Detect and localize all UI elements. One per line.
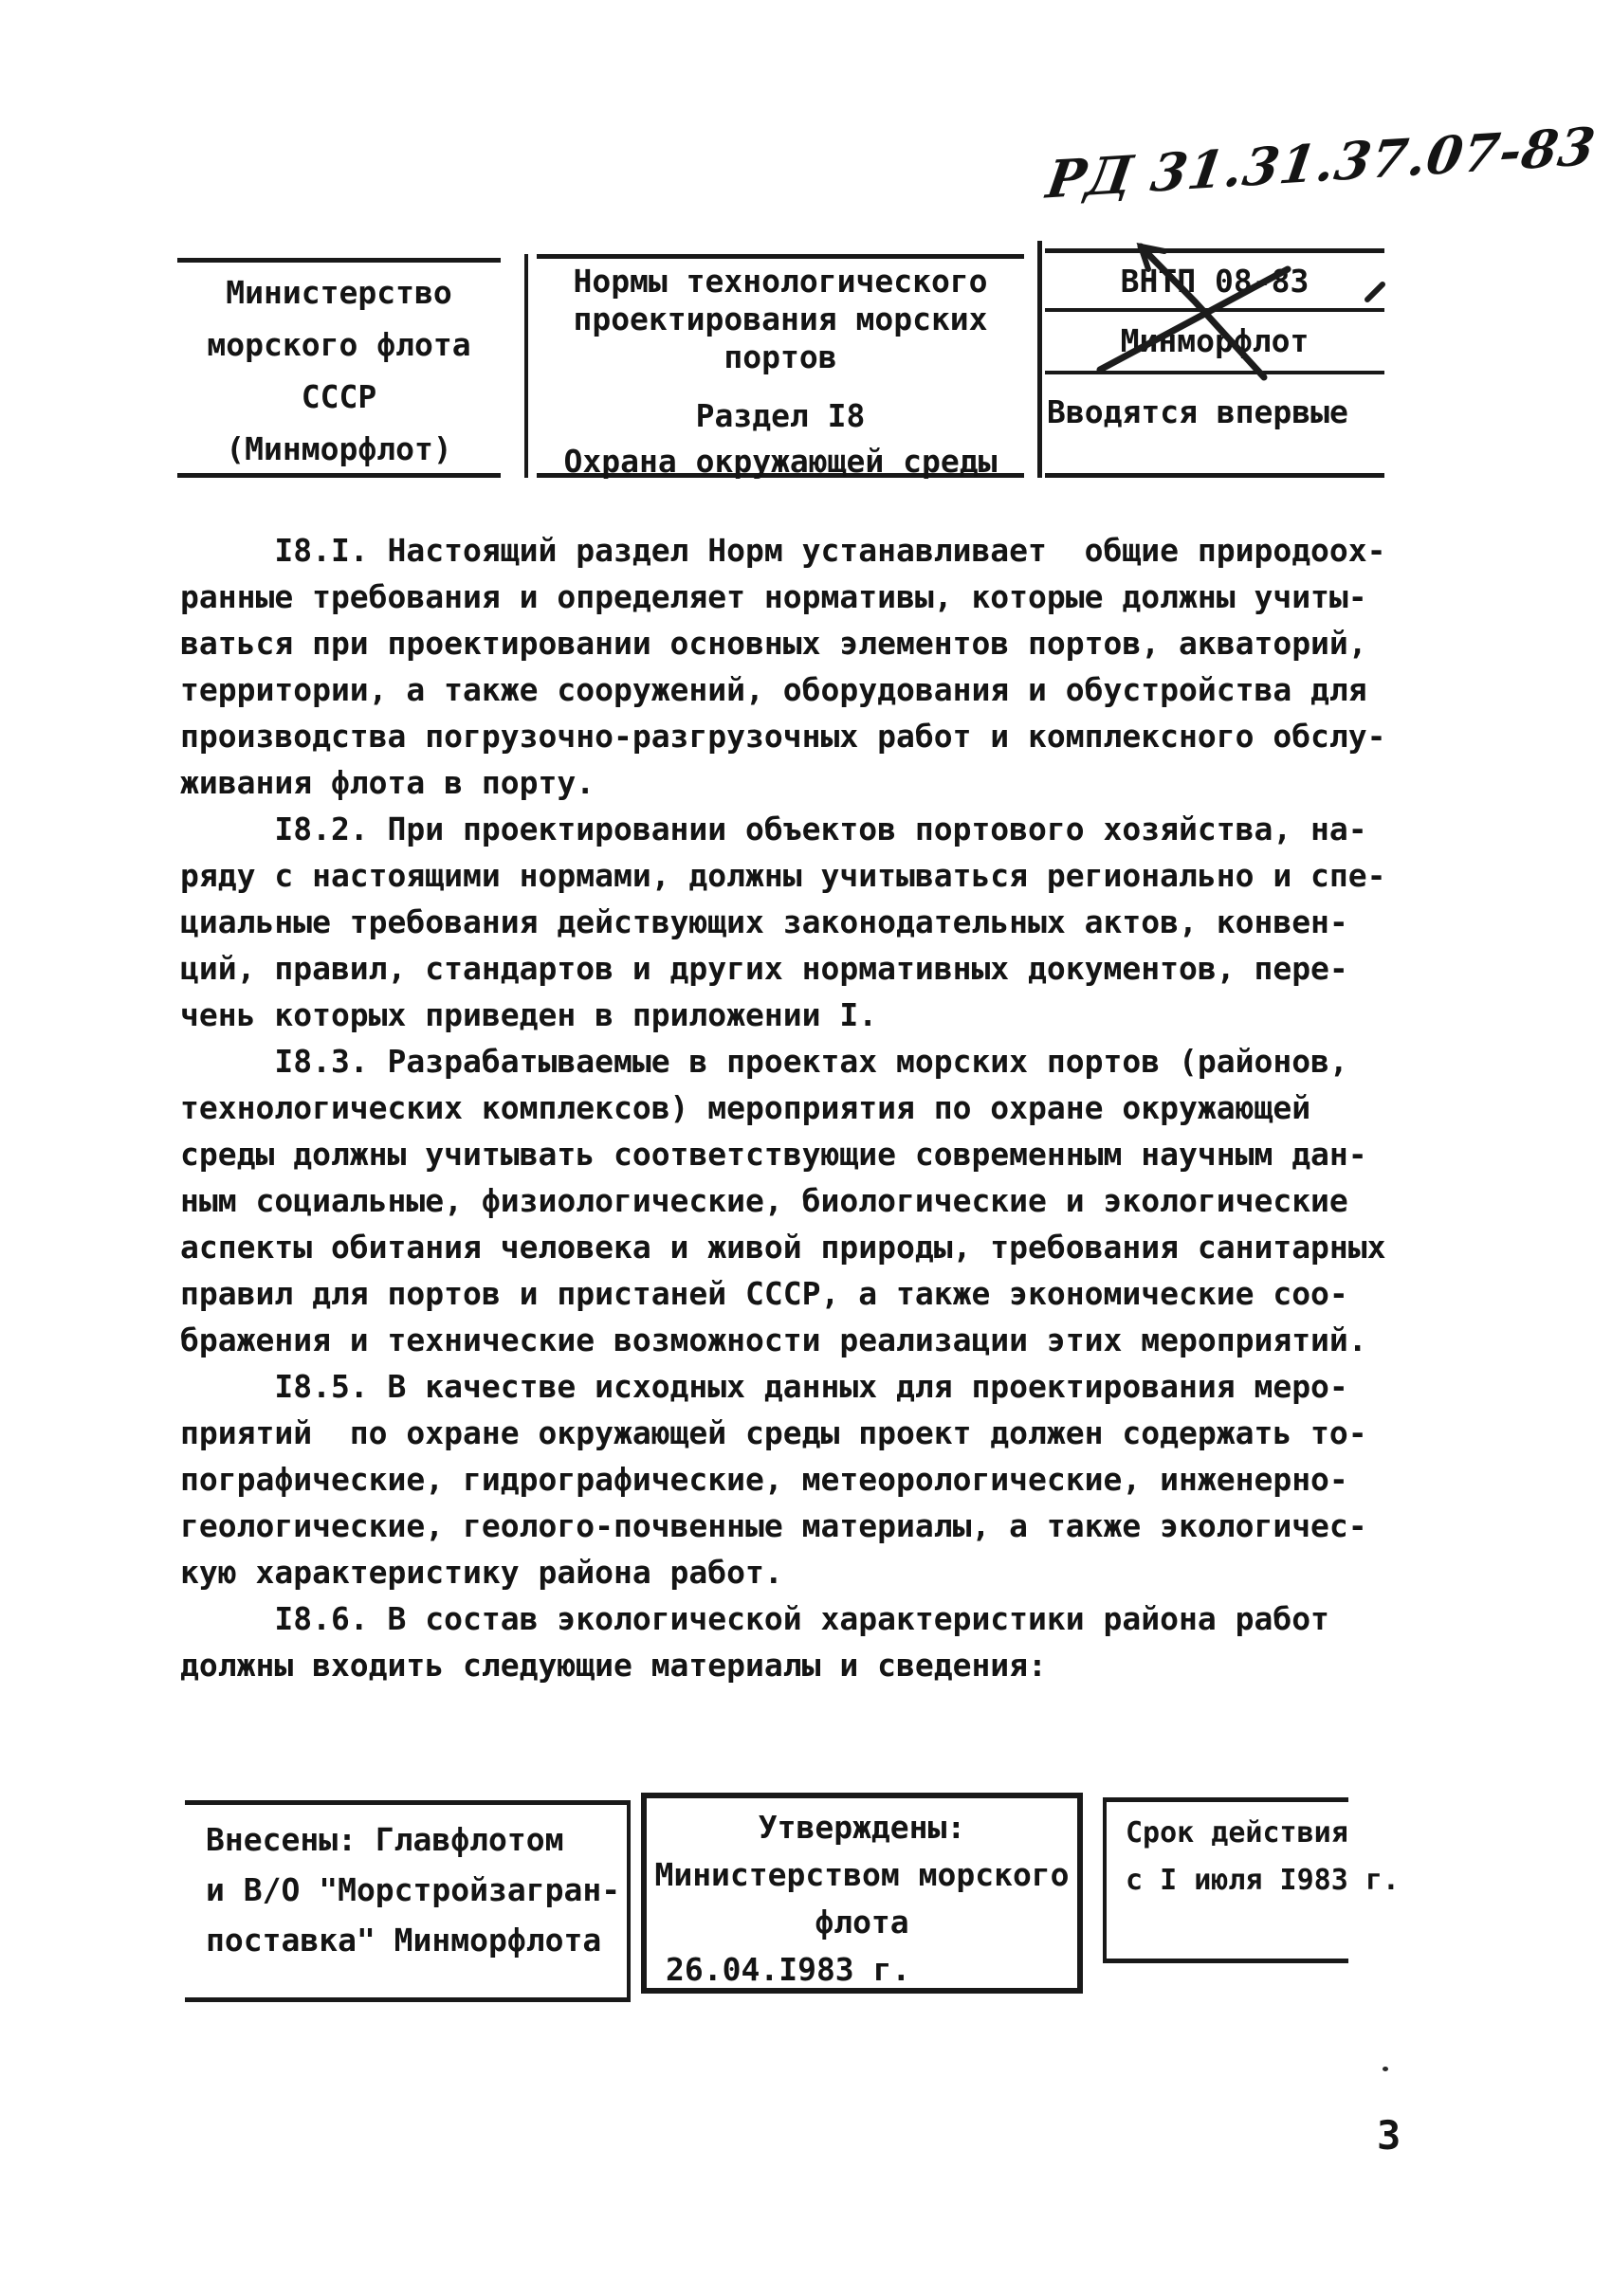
document-body-text: I8.I. Настоящий раздел Норм устанавливае… xyxy=(180,527,1386,1688)
text-line: портов xyxy=(537,338,1024,376)
text-line: ваться при проектировании основных элеме… xyxy=(180,620,1386,666)
text-line: геологические, геолого-почвенные материа… xyxy=(180,1503,1386,1549)
text-line: кую характеристику района работ. xyxy=(180,1549,1386,1595)
text-line: ряду с настоящими нормами, должны учитыв… xyxy=(180,852,1386,899)
text-line: ранные требования и определяет нормативы… xyxy=(180,574,1386,620)
text-line: живания флота в порту. xyxy=(180,759,1386,806)
text-line: Министерство xyxy=(177,266,501,319)
header-divider-1 xyxy=(524,254,528,478)
text-line: Срок действия xyxy=(1126,1810,1348,1857)
footer-cell-submitted: Внесены: Главфлотоми В/О "Морстройзагран… xyxy=(185,1800,631,2002)
text-line: аспекты обитания человека и живой природ… xyxy=(180,1224,1386,1270)
text-line: и В/О "Морстройзагран- xyxy=(206,1865,627,1915)
text-line: I8.3. Разрабатываемые в проектах морских… xyxy=(180,1038,1386,1084)
text-line: поставка" Минморфлота xyxy=(206,1915,627,1965)
text-line: проектирования морских xyxy=(537,301,1024,338)
text-line: СССР xyxy=(177,371,501,423)
text-line: I8.5. В качестве исходных данных для про… xyxy=(180,1363,1386,1410)
header-cell-title: Нормы технологическогопроектирования мор… xyxy=(537,254,1024,478)
footer-cell-approved: Утверждены: Министерством морского флота… xyxy=(641,1793,1083,1994)
text-line: циальные требования действующих законода… xyxy=(180,899,1386,945)
text-line: I8.6. В состав экологической характерист… xyxy=(180,1595,1386,1642)
text-line: приятий по охране окружающей среды проек… xyxy=(180,1410,1386,1456)
text-line: I8.2. При проектировании объектов портов… xyxy=(180,806,1386,852)
text-line: правил для портов и пристаней СССР, а та… xyxy=(180,1270,1386,1317)
norms-title: Нормы технологическогопроектирования мор… xyxy=(537,263,1024,376)
scanned-document-page: РД 31.31.37.07-83 Министерствоморского ф… xyxy=(0,0,1612,2296)
ink-speck xyxy=(1383,2067,1388,2071)
approved-org-line1: Министерством морского xyxy=(647,1851,1077,1899)
text-line: производства погрузочно-разгрузочных раб… xyxy=(180,713,1386,759)
text-line: с I июля I983 г. xyxy=(1126,1857,1348,1904)
approved-org-line2: флота xyxy=(647,1899,1077,1946)
footer-cell-validity: Срок действияс I июля I983 г. xyxy=(1103,1797,1348,1963)
text-line: ций, правил, стандартов и других нормати… xyxy=(180,945,1386,992)
text-line: чень которых приведен в приложении I. xyxy=(180,992,1386,1038)
text-line: должны входить следующие материалы и све… xyxy=(180,1642,1386,1688)
text-line: Нормы технологического xyxy=(537,263,1024,301)
approved-label: Утверждены: xyxy=(647,1804,1077,1851)
text-line: морского флота xyxy=(177,319,501,371)
approved-date: 26.04.I983 г. xyxy=(647,1946,1077,1994)
section-subtitle: Охрана окружающей среды xyxy=(537,441,1024,483)
text-line: бражения и технические возможности реали… xyxy=(180,1317,1386,1363)
text-line: (Минморфлот) xyxy=(177,423,501,475)
text-line: Внесены: Главфлотом xyxy=(206,1814,627,1865)
text-line: пографические, гидрографические, метеоро… xyxy=(180,1456,1386,1503)
text-line: ным социальные, физиологические, биологи… xyxy=(180,1177,1386,1224)
header-cell-ministry: Министерствоморского флотаСССР(Минморфло… xyxy=(177,258,501,478)
header-divider-2 xyxy=(1037,241,1042,478)
handwritten-document-code: РД 31.31.37.07-83 xyxy=(1043,119,1526,210)
text-line: технологических комплексов) мероприятия … xyxy=(180,1084,1386,1131)
section-label: Раздел I8 xyxy=(537,397,1024,435)
text-line: среды должны учитывать соответствующие с… xyxy=(180,1131,1386,1177)
page-number: 3 xyxy=(1377,2112,1401,2159)
strikethrough-x-mark xyxy=(1081,237,1403,389)
text-line: территории, а также сооружений, оборудов… xyxy=(180,666,1386,713)
text-line: I8.I. Настоящий раздел Норм устанавливае… xyxy=(180,527,1386,574)
